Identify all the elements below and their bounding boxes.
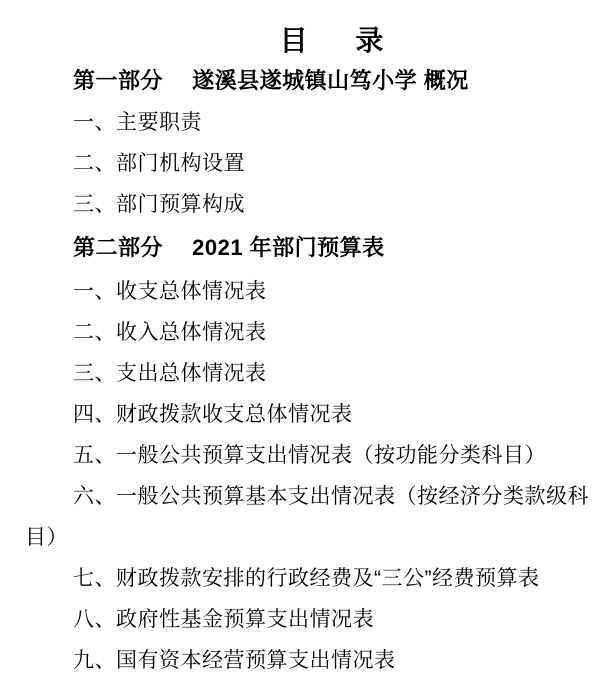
- toc-item-part2-3: 三、支出总体情况表: [25, 353, 590, 394]
- section-heading-part1: 第一部分 遂溪县遂城镇山笃小学 概况: [25, 60, 590, 102]
- toc-item-part2-7: 七、财政拨款安排的行政经费及“三公”经费预算表: [25, 558, 590, 599]
- toc-title: 目 录: [25, 22, 590, 60]
- section-heading-part2: 第二部分 2021 年部门预算表: [25, 225, 590, 271]
- toc-item-part1-2: 二、部门机构设置: [25, 143, 590, 184]
- toc-item-part2-8: 八、政府性基金预算支出情况表: [25, 599, 590, 640]
- toc-page: 目 录 第一部分 遂溪县遂城镇山笃小学 概况 一、主要职责 二、部门机构设置 三…: [0, 0, 616, 683]
- toc-item-part2-6: 六、一般公共预算基本支出情况表（按经济分类款级科 目）: [25, 476, 590, 558]
- toc-item-part2-1: 一、收支总体情况表: [25, 271, 590, 312]
- toc-item-part2-2: 二、收入总体情况表: [25, 312, 590, 353]
- toc-item-part1-1: 一、主要职责: [25, 102, 590, 143]
- toc-item-part2-9: 九、国有资本经营预算支出情况表: [25, 640, 590, 681]
- toc-item-part1-3: 三、部门预算构成: [25, 184, 590, 225]
- toc-item-part2-5: 五、一般公共预算支出情况表（按功能分类科目）: [25, 435, 590, 476]
- toc-item-part2-4: 四、财政拨款收支总体情况表: [25, 394, 590, 435]
